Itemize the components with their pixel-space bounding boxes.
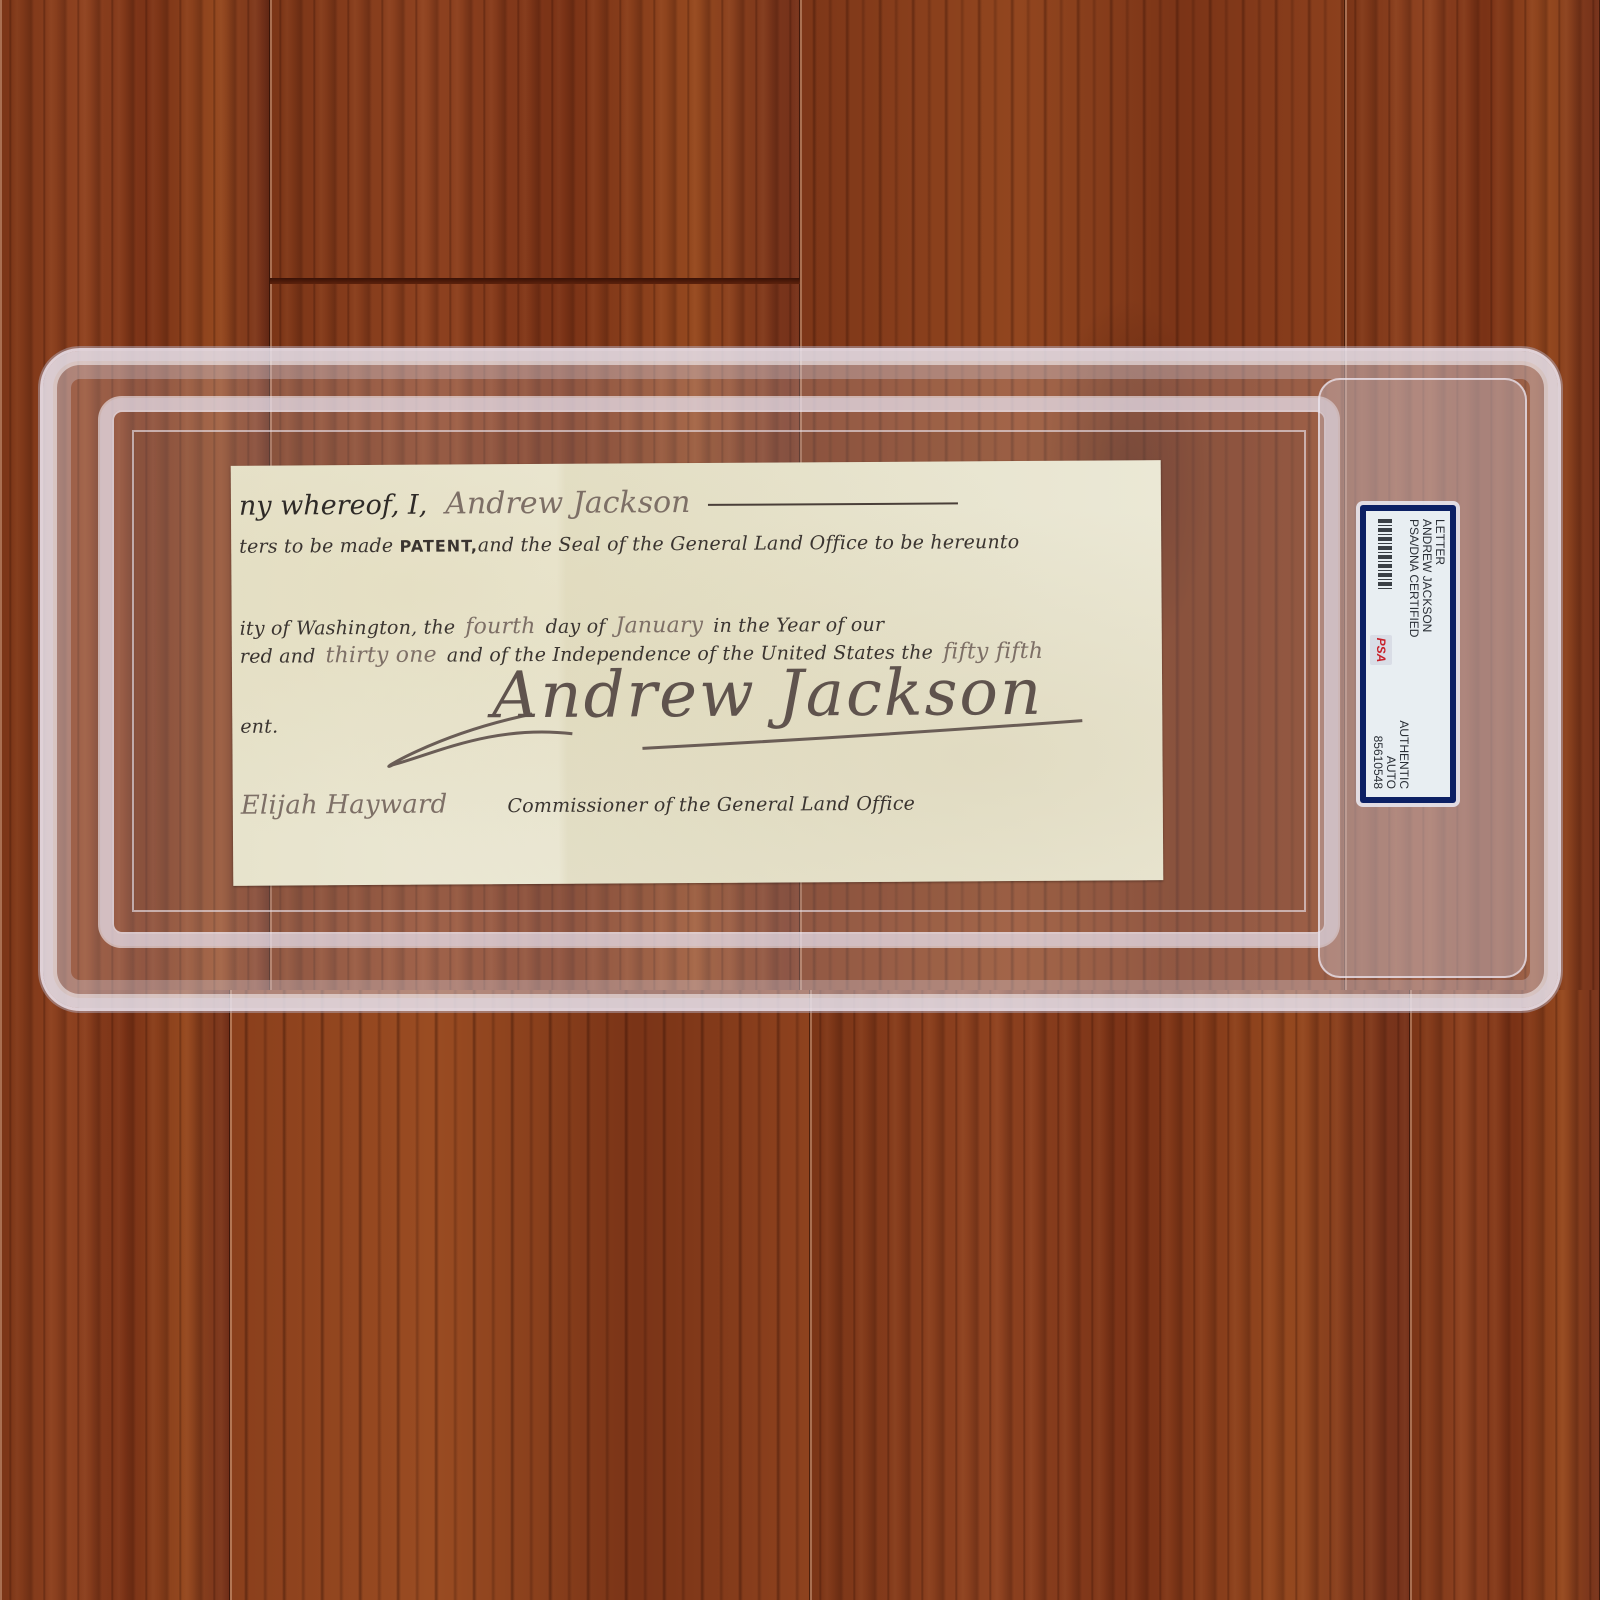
psa-cert-number: 85610548 [1371, 720, 1384, 789]
printed-text: day of [546, 616, 606, 638]
floor-plank [1410, 990, 1600, 1600]
floor-plank [0, 990, 230, 1600]
psa-logo-text: PSA [1374, 638, 1388, 663]
doc-line-5: ent. [240, 716, 278, 738]
floor-plank [810, 990, 1410, 1600]
psa-label: LETTER ANDREW JACKSON PSA/DNA CERTIFIED … [1360, 505, 1456, 803]
printed-text: ity of Washington, the [240, 616, 456, 639]
doc-line-2: ters to be made PATENT,and the Seal of t… [239, 531, 1019, 558]
psa-subject: ANDREW JACKSON [1420, 519, 1433, 637]
psa-label-left: LETTER ANDREW JACKSON PSA/DNA CERTIFIED [1407, 519, 1446, 637]
handwritten-year: thirty one [325, 643, 436, 669]
plank-end-seam [270, 278, 800, 284]
patent-bold-word: PATENT, [399, 536, 477, 555]
doc-line-1: ny whereof, I,Andrew Jackson [239, 483, 959, 522]
printed-text: and the Seal of the General Land Office … [478, 531, 1020, 556]
floor-plank [230, 990, 810, 1600]
doc-line-commissioner: Elijah HaywardCommissioner of the Genera… [241, 787, 915, 821]
commissioner-title: Commissioner of the General Land Office [507, 793, 915, 817]
fill-rule [708, 502, 958, 506]
andrew-jackson-signature: Andrew Jackson [492, 656, 1043, 733]
handwritten-name: Andrew Jackson [445, 485, 690, 521]
psa-grade-auto: AUTO [1384, 720, 1397, 789]
handwritten-day: fourth [465, 614, 535, 639]
psa-logo-icon: PSA [1370, 635, 1392, 665]
printed-text: in the Year of our [713, 614, 884, 637]
printed-text: ters to be made [239, 535, 399, 558]
printed-text: red and [240, 645, 316, 667]
psa-label-right: AUTHENTIC AUTO 85610548 [1371, 720, 1410, 789]
psa-label-face: LETTER ANDREW JACKSON PSA/DNA CERTIFIED … [1366, 511, 1450, 797]
land-patent-document: ny whereof, I,Andrew Jackson ters to be … [231, 460, 1164, 886]
handwritten-month: January [615, 613, 703, 639]
printed-text: ny whereof, I, [239, 490, 427, 522]
barcode-icon [1378, 519, 1392, 589]
psa-grade-authentic: AUTHENTIC [1397, 720, 1410, 789]
doc-line-3: ity of Washington, thefourthday ofJanuar… [240, 612, 885, 641]
psa-certifier: PSA/DNA CERTIFIED [1407, 519, 1420, 637]
psa-category: LETTER [1433, 519, 1446, 637]
psa-label-content: LETTER ANDREW JACKSON PSA/DNA CERTIFIED … [1366, 511, 1450, 797]
elijah-hayward-signature: Elijah Hayward [241, 790, 448, 821]
